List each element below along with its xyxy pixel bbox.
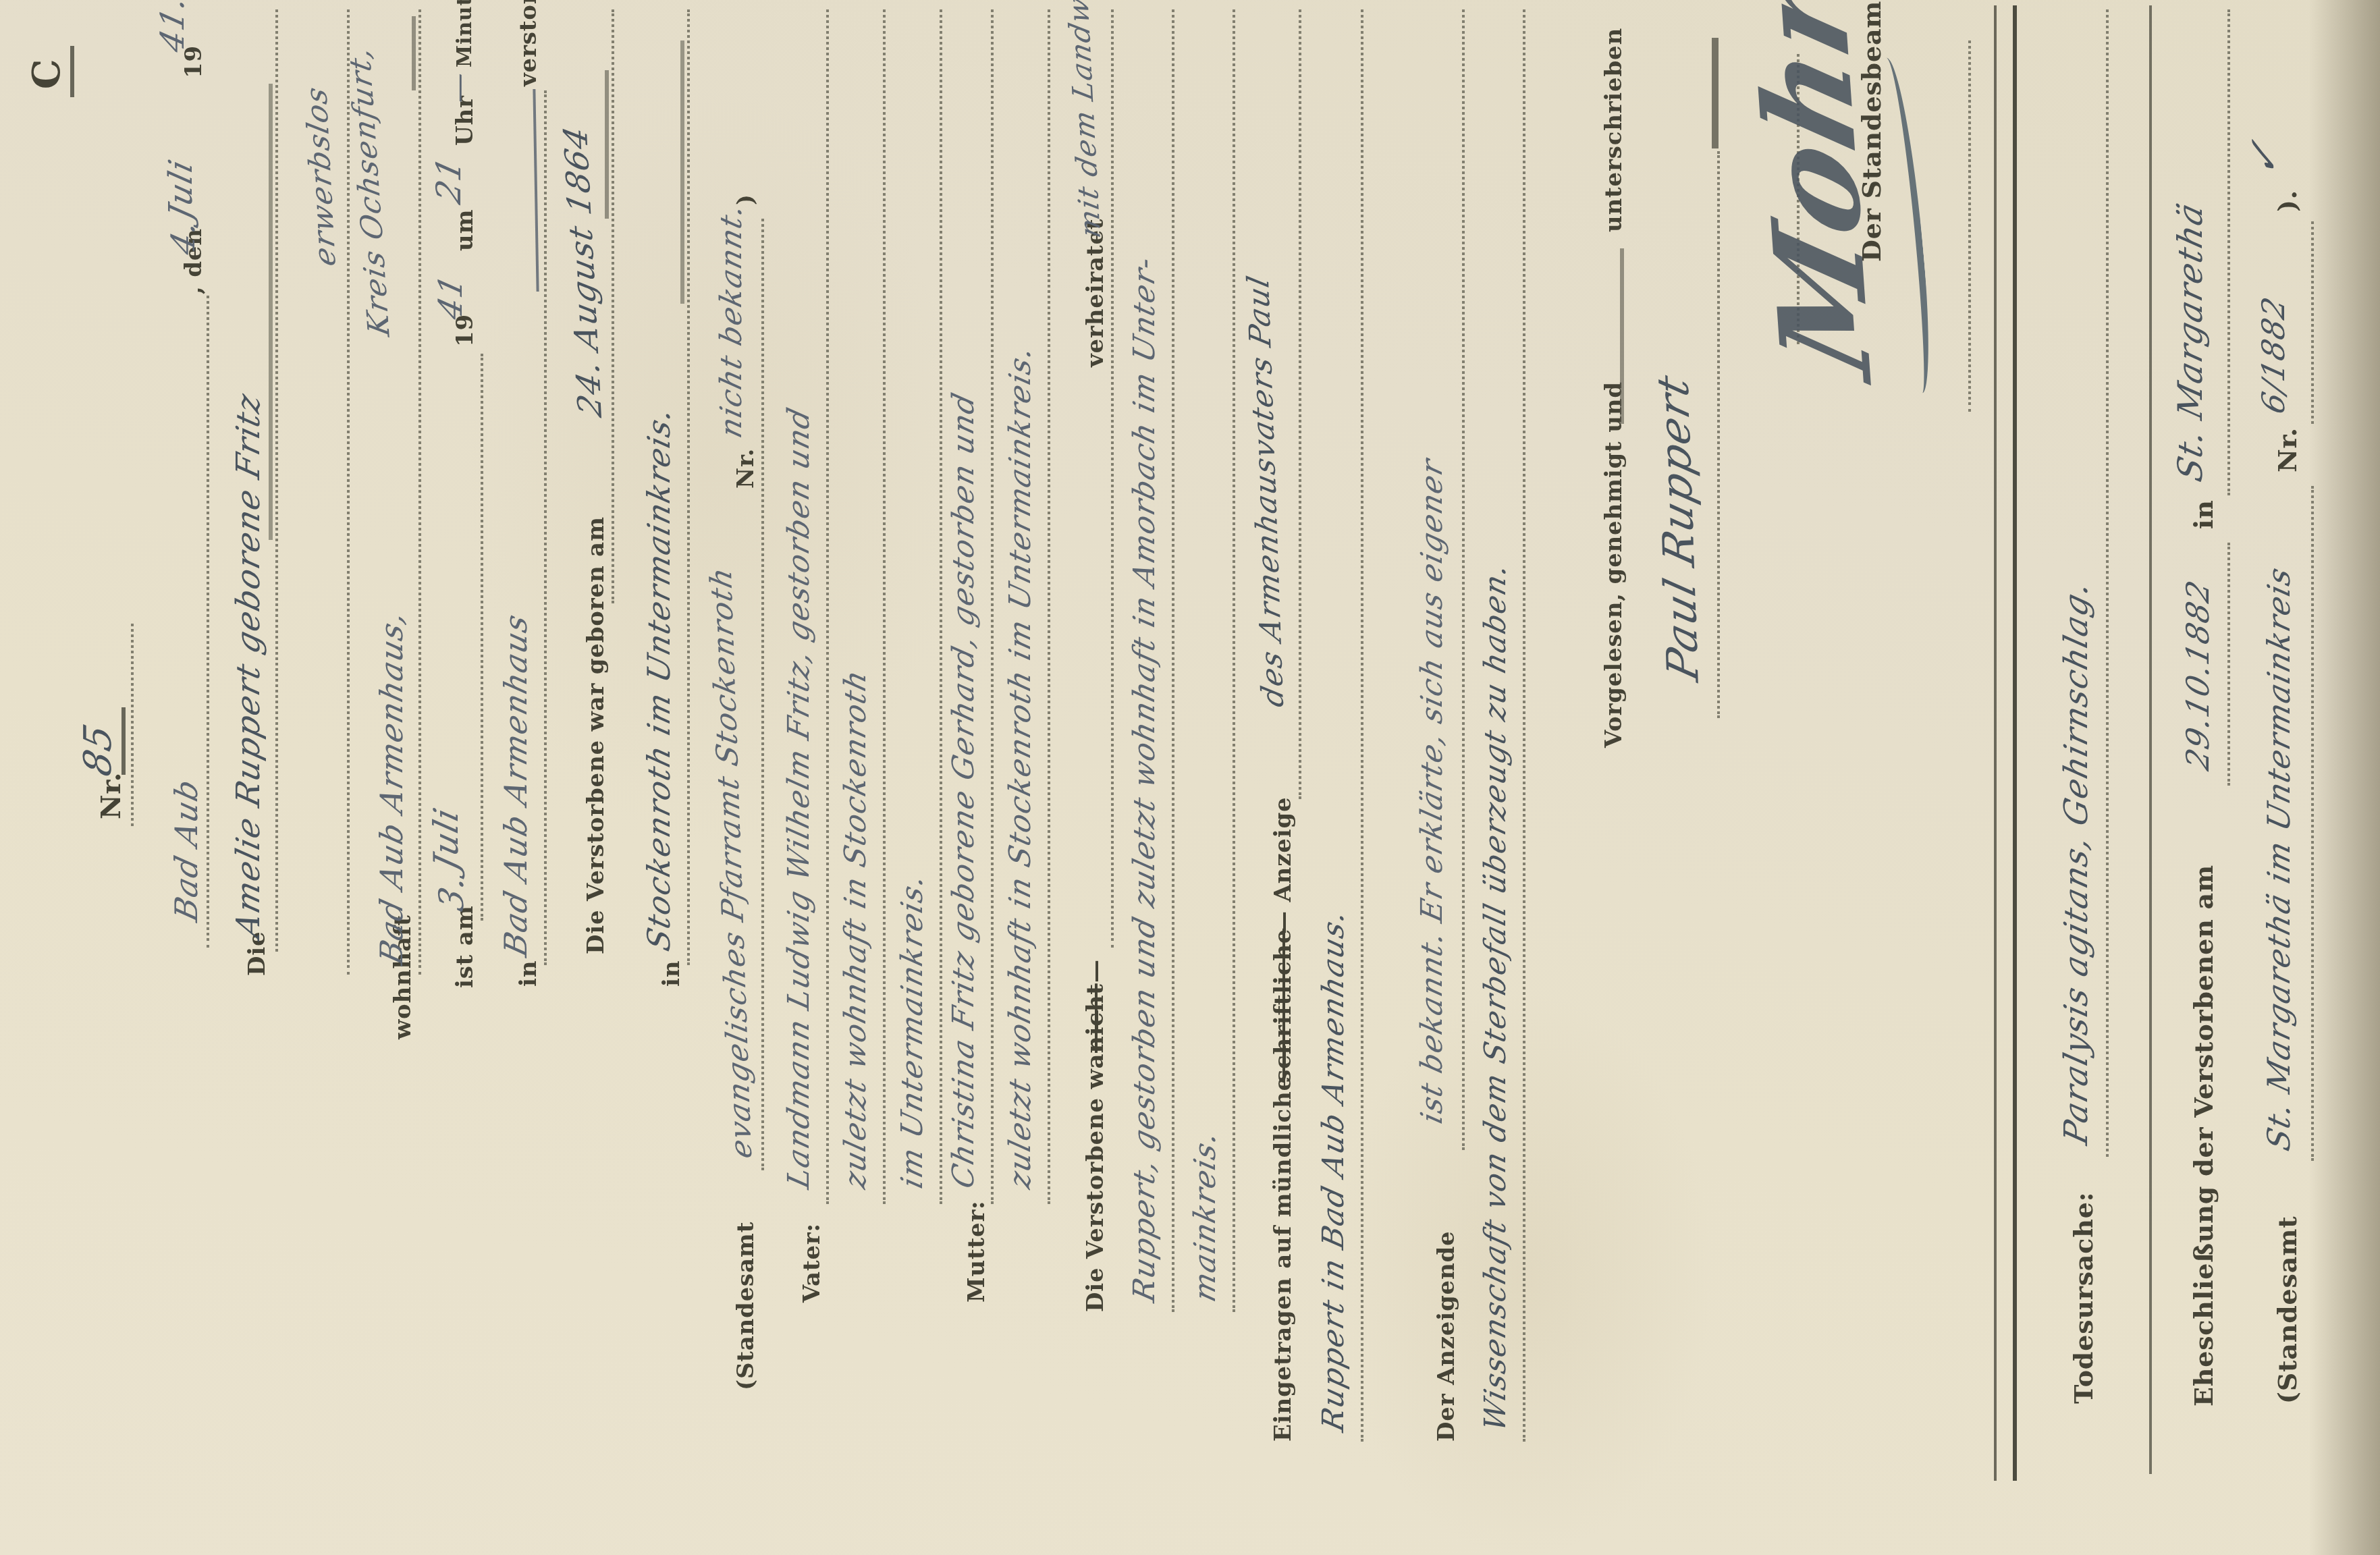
scanned-death-register-page: C Nr. 85 Bad Aub , den 4. Juli 19 41. Di… [0, 0, 2380, 1555]
code-underline [70, 46, 74, 97]
dateline-place-rule [207, 296, 209, 948]
name-rule-end [269, 84, 273, 540]
died-on-label: ist am [452, 906, 479, 988]
birth-registry-close-paren: ) [733, 194, 760, 205]
died-minuten-label: Minuten [452, 0, 477, 67]
death-hour: 21 [429, 153, 468, 207]
marital-nicht-struck: nicht [1083, 983, 1110, 1053]
attestation-label-b: unterschrieben [1601, 28, 1628, 232]
marital-verheiratet-label: verheiratet [1083, 219, 1110, 367]
birth-date-rule [612, 9, 614, 603]
registrar-rule-lower [1968, 40, 1971, 412]
dateline-place: Bad Aub [170, 775, 205, 925]
residence-district: Kreis Ochsenfurt, [344, 44, 397, 338]
birth-place-rule-end [680, 40, 684, 304]
father-line-1: Landmann Ludwig Wilhelm Fritz, gestorben… [783, 404, 817, 1193]
father-line-2: zuletzt wohnhaft in Stockenroth [840, 666, 873, 1193]
informant-label: Der Anzeigende [1434, 1230, 1461, 1442]
marriage-date-rule [2227, 543, 2230, 786]
marriage-note-label: Eheschließung der Verstorbenen am [2190, 865, 2219, 1407]
attestation-blank-fill [1620, 248, 1624, 424]
separator-line-2 [2013, 5, 2017, 1481]
separator-line-1 [1994, 5, 1997, 1481]
cause-of-death-rule [2106, 9, 2109, 1157]
birth-registry-value: evangelisches Pfarramt Stockenroth [705, 564, 759, 1161]
scan-frame: C Nr. 85 Bad Aub , den 4. Juli 19 41. Di… [0, 0, 2380, 1555]
died-um-label: um [452, 209, 479, 251]
died-date-rule [481, 354, 483, 921]
marriage-place: St. Margarethä [2171, 198, 2210, 485]
death-day: 3. [432, 871, 471, 915]
birth-registry-nr-value: nicht bekannt. [715, 200, 749, 441]
birth-registry-nr-label: Nr. [733, 448, 760, 489]
marriage-line-2: Ruppert, gestorben und zuletzt wohnhaft … [1129, 253, 1162, 1305]
mother-rule-2 [1048, 9, 1050, 1204]
registration-schriftliche-struck: schriftliche [1270, 929, 1297, 1083]
registration-rule-1 [1299, 9, 1301, 799]
registration-label-a: Eingetragen auf mündliche — [1270, 1044, 1297, 1442]
birth-registry-rule [761, 219, 764, 1170]
declarant-rule-end [1712, 38, 1719, 148]
marriage-registry-rule [2311, 486, 2314, 1161]
marriage-registry-value: St. Margarethä im Untermainkreis [2263, 563, 2298, 1154]
mother-rule-1 [991, 9, 994, 1204]
mother-line-1: Christina Fritz geborene Gerhard, gestor… [948, 389, 981, 1192]
birth-place-rule [687, 9, 690, 965]
birth-place: Stockenroth im Untermainkreis. [643, 404, 678, 954]
registration-label-b: — Anzeige [1270, 797, 1297, 934]
marriage-place-rule [2227, 9, 2230, 495]
verification-checkmark: ✓ [2241, 134, 2288, 181]
marriage-date: 29.10.1882 [2182, 576, 2217, 773]
dateline-year-written: 41. [154, 0, 192, 56]
registration-line-1: des Armenhausvaters Paul [1243, 273, 1291, 710]
father-line-3: im Untermainkreis. [896, 871, 930, 1192]
attestation-label-a: Vorgelesen, genehmigt und [1601, 381, 1628, 748]
father-rule-1 [826, 9, 829, 1204]
marriage-registry-close-paren: ). [2273, 190, 2303, 212]
informant-line-2: Wissenschaft von dem Sterbefall überzeug… [1480, 560, 1513, 1435]
death-place-rule [544, 90, 547, 965]
entry-number-rule [131, 624, 134, 826]
dateline-month: Juli [162, 155, 200, 223]
birth-registry-label: (Standesamt [733, 1222, 760, 1390]
residence-rule [418, 9, 421, 975]
name-rule [275, 9, 278, 952]
marriage-registry-label: (Standesamt [2273, 1216, 2303, 1404]
occupation-rule [347, 9, 350, 975]
cause-of-death-label: Todesursache: [2070, 1192, 2099, 1404]
birth-date-label: Die Verstorbene war geboren am [583, 516, 610, 954]
death-year-written: 41 [432, 271, 470, 323]
birth-date-rule-end [605, 70, 609, 219]
father-rule-3 [940, 9, 942, 1204]
marriage-line-1: mit dem Landwirt Wilhelm [1053, 0, 1107, 240]
birth-date: 24. August 1864 [557, 123, 610, 420]
entry-number-underline [121, 707, 126, 775]
marital-rule-1 [1111, 9, 1114, 948]
marriage-in-label: in [2190, 499, 2219, 529]
death-minutes-dash: — [443, 67, 477, 107]
marriage-registry-nr-label: Nr. [2273, 427, 2303, 472]
marital-rule-2 [1172, 9, 1174, 1312]
declarant-signature-rule [1717, 151, 1720, 718]
cause-of-death-value: Paralysis agitans, Gehirnschlag. [2057, 577, 2095, 1148]
entry-number-label: Nr. [94, 772, 127, 819]
death-month: Juli [427, 803, 466, 874]
death-place: Bad Aub Armenhaus [499, 610, 535, 960]
mother-line-2: zuletzt wohnhaft in Stockenroth im Unter… [1004, 343, 1038, 1193]
father-label: Vater: [799, 1223, 826, 1303]
mother-label: Mutter: [964, 1201, 991, 1303]
registration-rule-2 [1361, 9, 1363, 1442]
residence-rule-end [412, 16, 416, 90]
marriage-registry-nr-rule [2311, 221, 2314, 424]
informant-rule-1 [1462, 9, 1465, 1150]
register-form-sheet: C Nr. 85 Bad Aub , den 4. Juli 19 41. Di… [0, 0, 2380, 1555]
registration-line-2: Ruppert in Bad Aub Armenhaus. [1318, 906, 1351, 1435]
verstorben-label: verstorben. [516, 0, 543, 86]
death-place-in-label: in [516, 960, 543, 987]
marital-rule-3 [1233, 9, 1235, 1312]
marital-label-a: Die Verstorbene war — [1083, 1008, 1110, 1312]
residence-place: Bad Aub Armenhaus, [375, 607, 410, 969]
footer-rule [2149, 5, 2152, 1474]
rotated-page: C Nr. 85 Bad Aub , den 4. Juli 19 41. Di… [0, 0, 2380, 1555]
entry-number-value: 85 [76, 719, 120, 780]
informant-rule-2 [1523, 9, 1525, 1442]
father-rule-2 [883, 9, 886, 1204]
declarant-signature: Paul Ruppert [1647, 369, 1708, 685]
form-code-letter: C [24, 59, 69, 89]
birth-place-in-label: in [659, 960, 686, 987]
deceased-name: Amelie Ruppert geborene Fritz [229, 389, 267, 942]
marriage-registry-nr-value: 6/1882 [2257, 293, 2292, 417]
deceased-occupation: erwerbslos [300, 84, 344, 269]
informant-line-1: ist bekannt. Er erklärte, sich aus eigen… [1416, 455, 1450, 1127]
death-place-strike-fill [533, 89, 539, 292]
marriage-line-3: mainkreis. [1189, 1128, 1223, 1305]
marital-dash: — [1083, 959, 1110, 983]
